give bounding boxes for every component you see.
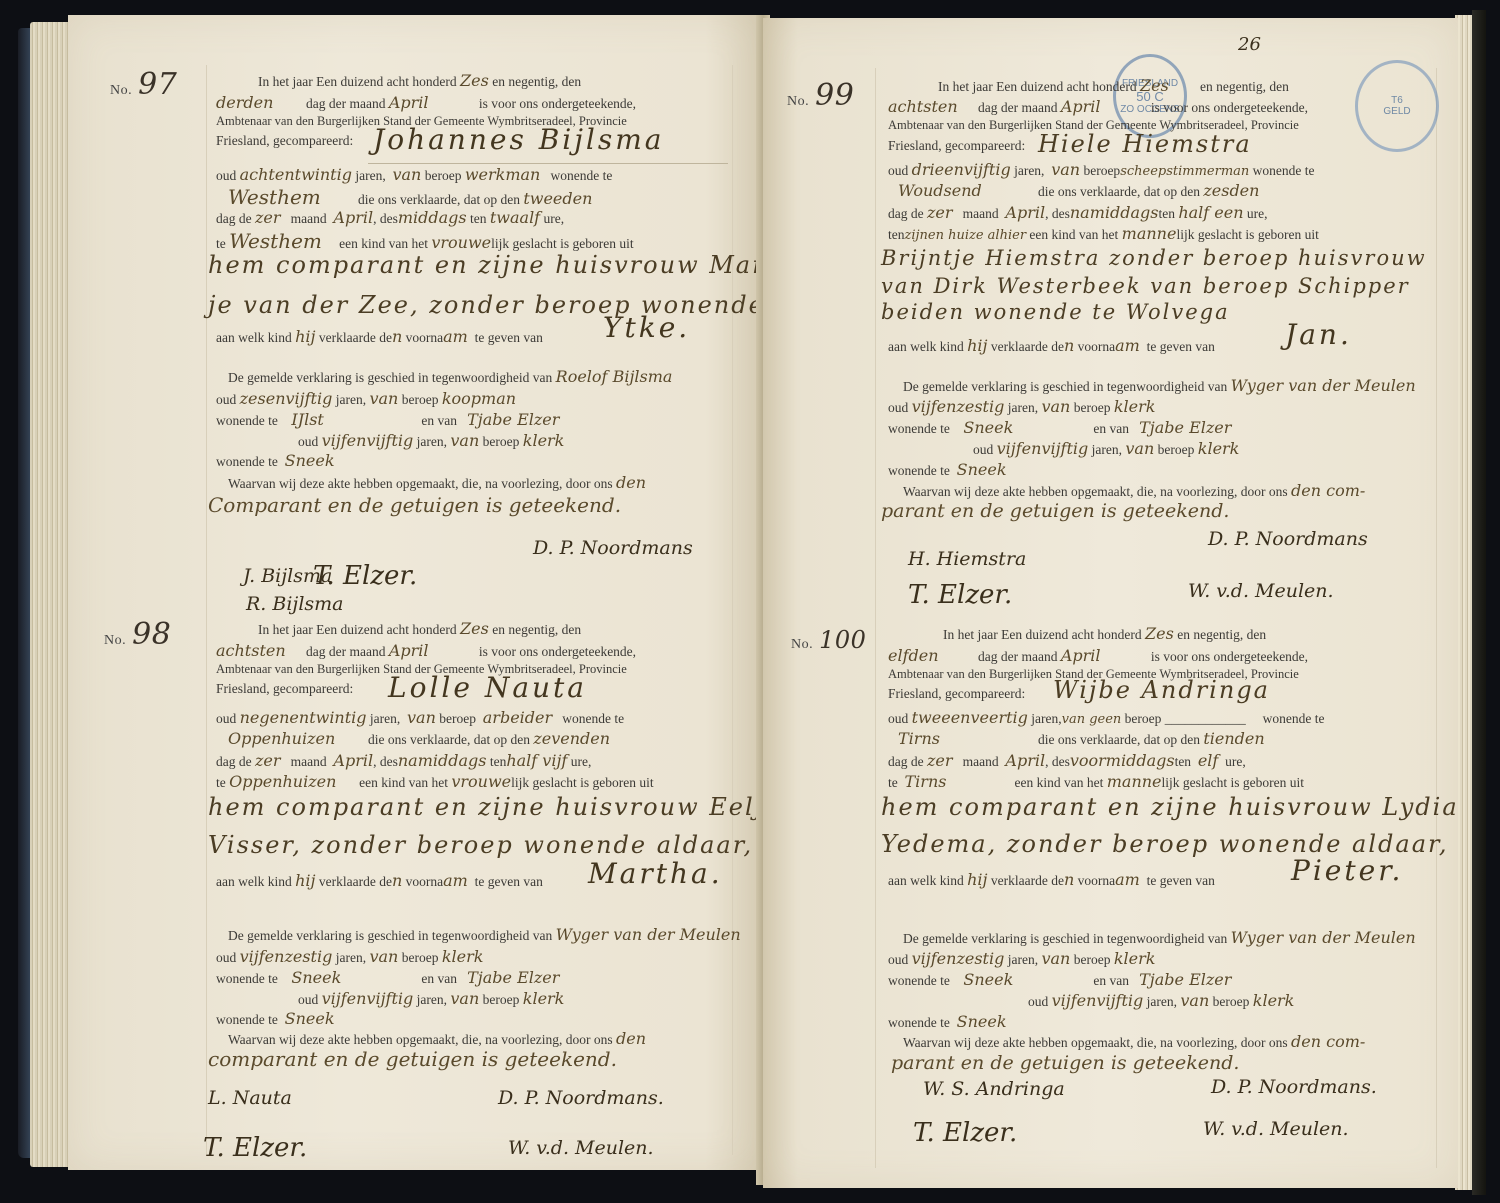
- form-text: dag de: [216, 754, 252, 769]
- form-text: wonende te: [888, 973, 950, 988]
- form-text: vijfenvijftig: [322, 989, 414, 1008]
- form-text: en negentig, den: [1177, 627, 1266, 642]
- form-text: oud zesenvijftig jaren, van beroep koopm…: [216, 389, 516, 408]
- form-text: wonende te Sneeken van Tjabe Elzer: [888, 418, 1231, 437]
- form-text: De gemelde verklaring is geschied in teg…: [903, 928, 1416, 947]
- form-text: te geven van: [475, 874, 543, 889]
- form-text: 98: [132, 617, 171, 652]
- book-cover-right: [1472, 10, 1486, 1195]
- form-text: aan welk kind hij verklaarde den voornaa…: [216, 871, 543, 890]
- form-text: verklaarde de: [319, 330, 392, 345]
- form-text: Comparant en de getuigen is geteekend.: [208, 493, 621, 517]
- form-text: jaren,: [1008, 400, 1038, 415]
- form-text: zer: [255, 208, 281, 227]
- form-text: en van: [421, 413, 457, 428]
- form-text: derdendag der maand Aprilis voor ons ond…: [216, 93, 636, 112]
- form-text: oud vijfenvijftig jaren, van beroep kler…: [973, 439, 1239, 458]
- form-text: Wyger van der Meulen: [1231, 928, 1416, 947]
- form-text: negenentwintig: [240, 708, 367, 727]
- form-text: Oppenhuizendie ons verklaarde, dat op de…: [228, 729, 610, 748]
- form-text: In het jaar Een duizend acht honderd: [938, 79, 1137, 94]
- form-text: te Westhemeen kind van het vrouwelijk ge…: [216, 229, 634, 253]
- signature: W. v.d. Meulen.: [508, 1137, 654, 1159]
- signature: T. Elzer.: [203, 1133, 307, 1163]
- form-text: Waarvan wij deze akte hebben opgemaakt, …: [903, 481, 1365, 500]
- form-text: aan welk kind: [888, 873, 964, 888]
- form-text: Westhem: [228, 185, 358, 209]
- form-text: Tjabe Elzer: [1139, 970, 1231, 989]
- form-text: en negentig, den: [492, 74, 581, 89]
- signature: D. P. Noordmans.: [498, 1087, 664, 1109]
- form-text: De gemelde verklaring is geschied in teg…: [228, 367, 672, 386]
- form-text: Woudsenddie ons verklaarde, dat op den z…: [898, 181, 1259, 200]
- form-text: te: [216, 775, 226, 790]
- form-text: maand: [291, 754, 327, 769]
- form-text: April: [1005, 203, 1045, 222]
- form-text: April: [333, 751, 373, 770]
- signature: T. Elzer.: [313, 561, 417, 591]
- form-text: verklaarde de: [991, 873, 1064, 888]
- form-text: wonende te: [216, 1012, 278, 1027]
- form-text: Friesland, gecompareerd:: [216, 133, 353, 148]
- form-text: ure,: [543, 211, 564, 226]
- form-text: lijk geslacht is geboren uit: [1162, 775, 1304, 790]
- form-text: April: [333, 208, 373, 227]
- form-text: ten: [888, 227, 905, 242]
- form-text: oud vijfenvijftig jaren, van beroep kler…: [298, 431, 564, 450]
- form-text: jaren,: [417, 434, 447, 449]
- form-text: den com-: [1291, 481, 1365, 500]
- form-text: hij: [967, 336, 987, 355]
- form-text: arbeider: [483, 708, 552, 727]
- form-text: zer: [255, 751, 281, 770]
- form-text: is voor ons ondergeteekende,: [1151, 649, 1308, 664]
- form-text: half een: [1178, 203, 1243, 222]
- form-text: Friesland, gecompareerd:: [216, 133, 353, 149]
- form-text: Zes: [460, 71, 489, 90]
- form-text: oud: [216, 711, 236, 726]
- form-text: dag de zer maand April, desvoormiddagste…: [888, 751, 1246, 770]
- form-text: beroep: [1074, 400, 1111, 415]
- form-text: Zes: [460, 619, 489, 638]
- form-text: hij: [295, 327, 315, 346]
- form-text: jaren,: [1008, 952, 1038, 967]
- declarant-name: Hiele Hiemstra: [1038, 130, 1252, 158]
- form-text: Tirns: [905, 772, 1015, 791]
- form-text: die ons verklaarde, dat op den: [1038, 732, 1200, 747]
- form-text: Wyger van der Meulen: [556, 925, 741, 944]
- form-text: klerk: [523, 431, 565, 450]
- form-text: tenzijnen huize alhier een kind van het …: [888, 224, 1319, 243]
- form-text: Friesland, gecompareerd:: [888, 138, 1025, 154]
- form-text: tienden: [1203, 729, 1264, 748]
- form-text: koopman: [442, 389, 516, 408]
- form-text: Tirns: [898, 729, 1038, 748]
- form-text: ure,: [1225, 754, 1246, 769]
- form-text: lijk geslacht is geboren uit: [1176, 227, 1318, 242]
- form-text: en negentig, den: [492, 622, 581, 637]
- form-text: wonende te Sneek: [216, 451, 335, 470]
- signature: D. P. Noordmans: [533, 537, 693, 559]
- form-text: zijnen huize alhier: [905, 228, 1027, 243]
- form-text: oud vijfenzestig jaren, van beroep klerk: [888, 949, 1155, 968]
- signature: R. Bijlsma: [246, 593, 344, 615]
- form-text: Waarvan wij deze akte hebben opgemaakt, …: [228, 1029, 646, 1048]
- form-text: wonende te: [216, 454, 278, 469]
- form-text: jaren,: [417, 992, 447, 1007]
- form-text: maand: [963, 754, 999, 769]
- form-text: oud: [298, 992, 318, 1007]
- child-name: Ytke.: [603, 311, 690, 344]
- form-text: April: [389, 641, 479, 660]
- parents-line: van Dirk Westerbeek van beroep Schipper: [881, 274, 1410, 298]
- form-text: voorna: [1078, 339, 1116, 354]
- form-text: wonende te Sneek: [888, 1012, 1007, 1031]
- form-text: Woudsend: [898, 181, 1038, 200]
- form-text: am: [443, 327, 468, 346]
- form-text: De gemelde verklaring is geschied in teg…: [903, 931, 1227, 946]
- form-text: en van: [1093, 973, 1129, 988]
- form-text: In het jaar Een duizend acht honderd: [258, 622, 457, 637]
- form-text: wonende te: [216, 413, 278, 428]
- form-text: van: [369, 947, 398, 966]
- form-text: elfdendag der maand Aprilis voor ons ond…: [888, 646, 1308, 665]
- form-text: oud negenentwintig jaren, van beroep arb…: [216, 708, 624, 727]
- form-text: zer: [927, 751, 953, 770]
- form-text: Waarvan wij deze akte hebben opgemaakt, …: [228, 476, 613, 491]
- form-text: April: [1061, 97, 1151, 116]
- form-text: aan welk kind: [888, 339, 964, 354]
- form-text: jaren,: [355, 168, 385, 183]
- form-text: is voor ons ondergeteekende,: [1151, 100, 1308, 115]
- form-text: ten: [470, 211, 487, 226]
- form-text: Friesland, gecompareerd:: [216, 681, 353, 697]
- form-text: De gemelde verklaring is geschied in teg…: [228, 928, 552, 943]
- signature: T. Elzer.: [913, 1118, 1017, 1148]
- form-text: achtstendag der maand Aprilis voor ons o…: [216, 641, 636, 660]
- form-text: die ons verklaarde, dat op den: [1038, 184, 1200, 199]
- form-text: derden: [216, 93, 306, 112]
- form-text: klerk: [442, 947, 484, 966]
- form-text: een kind van het: [1015, 775, 1104, 790]
- form-text: ten: [490, 754, 507, 769]
- form-text: dag de: [216, 211, 252, 226]
- form-text: drieenvijftig: [912, 160, 1011, 179]
- form-text: Zes: [1145, 624, 1174, 643]
- form-text: n: [1064, 870, 1074, 889]
- form-text: n: [1064, 336, 1074, 355]
- signature: L. Nauta: [208, 1087, 292, 1109]
- form-text: Friesland, gecompareerd:: [888, 686, 1025, 701]
- form-text: klerk: [1114, 397, 1156, 416]
- form-text: , des: [373, 754, 398, 769]
- form-text: manne: [1122, 224, 1177, 243]
- form-text: wonende te: [888, 1015, 950, 1030]
- form-text: oud: [298, 434, 318, 449]
- form-text: comparant en de getuigen is geteekend.: [208, 1047, 617, 1071]
- form-text: wonende te Sneeken van Tjabe Elzer: [888, 970, 1231, 989]
- parents-line: hem comparant en zijne huisvrouw Marg: [208, 251, 783, 279]
- form-text: is voor ons ondergeteekende,: [479, 644, 636, 659]
- form-text: beroep: [1125, 711, 1162, 726]
- signature: D. P. Noordmans.: [1211, 1076, 1377, 1098]
- form-text: Sneek: [957, 460, 1007, 479]
- form-text: , des: [1045, 206, 1070, 221]
- form-text: ure,: [1247, 206, 1268, 221]
- form-text: Sneek: [957, 1012, 1007, 1031]
- form-text: Wyger van der Meulen: [1231, 376, 1416, 395]
- signature: W. S. Andringa: [923, 1078, 1065, 1100]
- form-text: April: [1005, 751, 1045, 770]
- form-text: wonende te Sneek: [216, 1009, 335, 1028]
- form-text: van: [450, 431, 479, 450]
- form-text: manne: [1107, 772, 1162, 791]
- form-text: en van: [421, 971, 457, 986]
- form-text: vijfenzestig: [912, 397, 1005, 416]
- parents-line: hem comparant en zijne huisvrouw Lydia: [881, 793, 1459, 821]
- form-text: te geven van: [475, 330, 543, 345]
- form-text: 100: [819, 626, 866, 654]
- form-text: verklaarde de: [991, 339, 1064, 354]
- form-text: die ons verklaarde, dat op den: [358, 192, 520, 207]
- form-text: parant en de getuigen is geteekend.: [881, 500, 1229, 522]
- form-text: beroep: [439, 711, 476, 726]
- form-text: van: [450, 989, 479, 1008]
- form-text: Waarvan wij deze akte hebben opgemaakt, …: [228, 473, 646, 492]
- form-text: Oppenhuizen: [228, 729, 368, 748]
- form-text: vrouwe: [431, 233, 491, 252]
- form-text: oud tweeenveertig jaren,van geen beroep …: [888, 708, 1325, 727]
- form-text: een kind van het: [339, 236, 428, 251]
- signature: W. v.d. Meulen.: [1188, 580, 1334, 602]
- form-text: beroep: [1158, 442, 1195, 457]
- form-text: verklaarde de: [319, 874, 392, 889]
- form-text: Waarvan wij deze akte hebben opgemaakt, …: [228, 1032, 613, 1047]
- form-text: Westhem: [229, 229, 339, 253]
- form-text: voorna: [406, 330, 444, 345]
- form-text: Sneek: [285, 1009, 335, 1028]
- form-text: namiddags: [1070, 203, 1159, 222]
- form-text: is voor ons ondergeteekende,: [479, 96, 636, 111]
- form-text: wonende te: [562, 711, 624, 726]
- form-text: , des: [373, 211, 398, 226]
- form-text: Friesland, gecompareerd:: [888, 138, 1025, 153]
- form-text: van geen: [1062, 712, 1122, 727]
- form-text: oud: [888, 711, 908, 726]
- form-text: , des: [1045, 754, 1070, 769]
- form-text: oud: [1028, 994, 1048, 1009]
- form-text: dag der maand: [978, 649, 1057, 664]
- form-text: oud vijfenzestig jaren, van beroep klerk: [216, 947, 483, 966]
- form-text: jaren,: [1147, 994, 1177, 1009]
- form-text: beroep: [483, 992, 520, 1007]
- form-text: vijfenzestig: [912, 949, 1005, 968]
- form-text: een kind van het: [1029, 227, 1118, 242]
- form-text: jaren,: [336, 950, 366, 965]
- form-text: n: [392, 327, 402, 346]
- form-text: voormiddags: [1070, 751, 1175, 770]
- declarant-name: Lolle Nauta: [388, 671, 587, 704]
- form-text: No.: [110, 83, 132, 98]
- form-text: middags: [398, 208, 467, 227]
- rule: [368, 163, 728, 164]
- form-text: achtentwintig: [240, 165, 352, 184]
- form-text: aan welk kind: [216, 330, 292, 345]
- form-text: beroep: [402, 392, 439, 407]
- form-text: Sneek: [285, 451, 335, 470]
- form-text: In het jaar Een duizend acht honderd: [943, 627, 1142, 642]
- page-edges-left: [30, 22, 70, 1167]
- form-text: van: [1125, 439, 1154, 458]
- form-text: am: [443, 871, 468, 890]
- form-text: jaren,: [370, 711, 400, 726]
- form-text: In het jaar Een duizend acht honderd Zes…: [258, 619, 581, 638]
- record-number: No.98: [104, 617, 171, 652]
- form-text: dag der maand: [306, 96, 385, 111]
- form-text: Zes: [1140, 76, 1200, 95]
- form-text: Sneek: [291, 968, 421, 987]
- form-text: beroep: [425, 168, 462, 183]
- form-text: van: [1180, 991, 1209, 1010]
- form-text: te Tirnseen kind van het mannelijk gesla…: [888, 772, 1304, 791]
- form-text: hij: [295, 871, 315, 890]
- form-text: jaren,: [1014, 163, 1044, 178]
- form-text: te: [216, 236, 226, 251]
- form-text: den com-: [1291, 1032, 1365, 1051]
- form-text: wonende te: [1263, 711, 1325, 726]
- form-text: Tjabe Elzer: [467, 410, 559, 429]
- form-text: Waarvan wij deze akte hebben opgemaakt, …: [903, 484, 1288, 499]
- child-name: Martha.: [588, 857, 723, 890]
- form-text: ten: [1175, 754, 1192, 769]
- form-text: zesenvijftig: [240, 389, 333, 408]
- form-text: wonende te: [888, 463, 950, 478]
- form-text: van: [392, 165, 421, 184]
- form-text: Waarvan wij deze akte hebben opgemaakt, …: [903, 1032, 1365, 1051]
- form-text: beroep: [483, 434, 520, 449]
- form-text: voorna: [406, 874, 444, 889]
- form-text: In het jaar Een duizend acht honderd Zes…: [938, 76, 1289, 95]
- form-text: wonende te: [216, 971, 278, 986]
- form-text: voorna: [1078, 873, 1116, 888]
- form-text: wonende te Sneeken van Tjabe Elzer: [216, 968, 559, 987]
- form-text: In het jaar Een duizend acht honderd Zes…: [943, 624, 1266, 643]
- form-text: wonende te IJlsten van Tjabe Elzer: [216, 410, 559, 429]
- declarant-name: Johannes Bijlsma: [373, 123, 665, 156]
- form-text: tweeenveertig: [912, 708, 1028, 727]
- stamp-round: T6GELD: [1355, 60, 1439, 152]
- form-text: wonende te Sneek: [888, 460, 1007, 479]
- form-text: aan welk kind hij verklaarde den voornaa…: [888, 336, 1215, 355]
- left-page: No.97 In het jaar Een duizend acht honde…: [68, 15, 761, 1170]
- form-text: wonende te: [888, 421, 950, 436]
- form-text: aan welk kind hij verklaarde den voornaa…: [888, 870, 1215, 889]
- form-text: oud vijfenvijftig jaren, van beroep kler…: [1028, 991, 1294, 1010]
- form-text: De gemelde verklaring is geschied in teg…: [903, 379, 1227, 394]
- form-text: werkman: [465, 165, 541, 184]
- record-number: No.100: [791, 626, 866, 654]
- signature: H. Hiemstra: [908, 548, 1026, 570]
- record-number: No.97: [110, 67, 177, 102]
- form-text: jaren,: [1092, 442, 1122, 457]
- form-text: aan welk kind: [216, 874, 292, 889]
- form-text: jaren,: [1031, 711, 1061, 726]
- form-text: Friesland, gecompareerd:: [216, 681, 353, 696]
- form-text: dag der maand: [306, 644, 385, 659]
- signature: D. P. Noordmans: [1208, 528, 1368, 550]
- form-text: beroep: [1074, 952, 1111, 967]
- form-text: oud vijfenvijftig jaren, van beroep kler…: [298, 989, 564, 1008]
- form-text: te Oppenhuizeneen kind van het vrouwelij…: [216, 772, 654, 791]
- form-text: die ons verklaarde, dat op den: [368, 732, 530, 747]
- form-text: Sneek: [963, 970, 1093, 989]
- form-text: Sneek: [963, 418, 1093, 437]
- signature: T. Elzer.: [908, 580, 1012, 610]
- parents-line: hem comparant en zijne huisvrouw Eelje: [208, 793, 780, 821]
- declarant-name: Wijbe Andringa: [1053, 676, 1270, 704]
- form-text: oud: [888, 400, 908, 415]
- form-text: Roelof Bijlsma: [556, 367, 673, 386]
- form-text: te: [888, 775, 898, 790]
- form-text: 97: [138, 67, 177, 102]
- form-text: van: [1051, 160, 1080, 179]
- parents-line: beiden wonende te Wolvega: [881, 300, 1230, 324]
- form-text: vijfenvijftig: [322, 431, 414, 450]
- form-text: dag de: [888, 206, 924, 221]
- form-text: klerk: [1253, 991, 1295, 1010]
- form-text: No.: [791, 637, 813, 652]
- form-text: wonende te: [550, 168, 612, 183]
- form-text: klerk: [523, 989, 565, 1008]
- form-text: ure,: [571, 754, 592, 769]
- form-text: dag de: [888, 754, 924, 769]
- form-text: beroep: [1213, 994, 1250, 1009]
- form-text: vijfenzestig: [240, 947, 333, 966]
- form-text: dag der maand: [978, 100, 1057, 115]
- form-text: en van: [1093, 421, 1129, 436]
- form-text: Oppenhuizen: [229, 772, 359, 791]
- form-text: vijfenvijftig: [997, 439, 1089, 458]
- form-text: Tjabe Elzer: [1139, 418, 1231, 437]
- form-text: en negentig, den: [1200, 79, 1289, 94]
- form-text: In het jaar Een duizend acht honderd Zes…: [258, 71, 581, 90]
- form-text: Tirnsdie ons verklaarde, dat op den tien…: [898, 729, 1265, 748]
- form-text: dag de zer maand April, desnamiddagsten …: [888, 203, 1268, 222]
- form-text: zer: [927, 203, 953, 222]
- form-text: aan welk kind hij verklaarde den voornaa…: [216, 327, 543, 346]
- form-text: oud: [888, 163, 908, 178]
- form-text: oud: [216, 392, 236, 407]
- form-text: hij: [967, 870, 987, 889]
- form-text: April: [389, 93, 479, 112]
- form-text: lijk geslacht is geboren uit: [511, 775, 653, 790]
- form-text: oud: [973, 442, 993, 457]
- form-text: van: [1041, 397, 1070, 416]
- form-text: elfden: [888, 646, 978, 665]
- form-text: klerk: [1114, 949, 1156, 968]
- form-text: Friesland, gecompareerd:: [888, 686, 1025, 702]
- form-text: achtsten: [216, 641, 306, 660]
- form-text: n: [392, 871, 402, 890]
- form-text: No.: [104, 633, 126, 648]
- form-text: van: [369, 389, 398, 408]
- right-page: 26 FRIESLAND50 CZO OCCENS T6GELD No.99 I…: [763, 18, 1458, 1188]
- form-text: oud achtentwintig jaren, van beroep werk…: [216, 165, 612, 184]
- child-name: Pieter.: [1291, 854, 1403, 887]
- form-text: dag de zer maand April, desmiddags ten t…: [216, 208, 564, 227]
- form-text: No.: [787, 94, 809, 109]
- folio-number: 26: [1238, 34, 1261, 55]
